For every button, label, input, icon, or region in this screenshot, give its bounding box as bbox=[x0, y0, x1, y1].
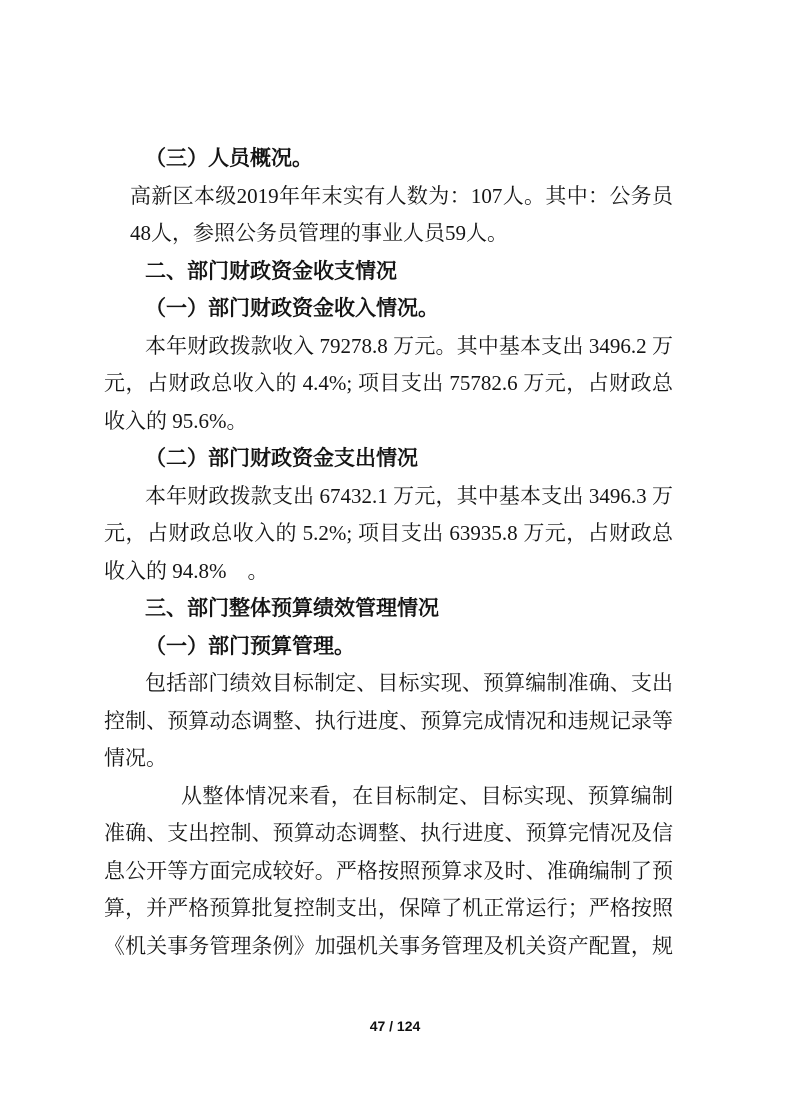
text-line: 元，占财政总收入的 5.2%; 项目支出 63935.8 万元，占财政总 bbox=[104, 515, 673, 553]
heading-line: （一）部门预算管理。 bbox=[104, 628, 673, 666]
text-line: 元，占财政总收入的 4.4%; 项目支出 75782.6 万元，占财政总 bbox=[104, 365, 673, 403]
text-line: 息公开等方面完成较好。严格按照预算求及时、准确编制了预 bbox=[104, 853, 673, 891]
text-line: 本年财政拨款支出 67432.1 万元，其中基本支出 3496.3 万 bbox=[104, 478, 673, 516]
text-line: 48人，参照公务员管理的事业人员59人。 bbox=[104, 215, 673, 253]
page-number-indicator: 47 / 124 bbox=[370, 1018, 421, 1034]
text-line: 情况。 bbox=[104, 740, 673, 778]
document-page: （三）人员概况。高新区本级2019年年末实有人数为：107人。其中：公务员48人… bbox=[0, 0, 790, 1118]
text-line: 收入的 95.6%。 bbox=[104, 403, 673, 441]
heading-line: （一）部门财政资金收入情况。 bbox=[104, 290, 673, 328]
page-footer: 47 / 124 bbox=[0, 1018, 790, 1036]
text-line: 高新区本级2019年年末实有人数为：107人。其中：公务员 bbox=[104, 178, 673, 216]
heading-line: （二）部门财政资金支出情况 bbox=[104, 440, 673, 478]
heading-line: 二、部门财政资金收支情况 bbox=[104, 253, 673, 291]
heading-line: （三）人员概况。 bbox=[104, 140, 673, 178]
text-line: 准确、支出控制、预算动态调整、执行进度、预算完情况及信 bbox=[104, 815, 673, 853]
text-line: 包括部门绩效目标制定、目标实现、预算编制准确、支出 bbox=[104, 665, 673, 703]
heading-line: 三、部门整体预算绩效管理情况 bbox=[104, 590, 673, 628]
document-body: （三）人员概况。高新区本级2019年年末实有人数为：107人。其中：公务员48人… bbox=[104, 140, 673, 965]
text-line: 算，并严格预算批复控制支出，保障了机正常运行；严格按照 bbox=[104, 890, 673, 928]
text-line: 控制、预算动态调整、执行进度、预算完成情况和违规记录等 bbox=[104, 703, 673, 741]
text-line: 《机关事务管理条例》加强机关事务管理及机关资产配置，规 bbox=[104, 928, 673, 966]
text-line: 从整体情况来看，在目标制定、目标实现、预算编制 bbox=[104, 778, 673, 816]
text-line: 收入的 94.8% 。 bbox=[104, 553, 673, 591]
text-line: 本年财政拨款收入 79278.8 万元。其中基本支出 3496.2 万 bbox=[104, 328, 673, 366]
